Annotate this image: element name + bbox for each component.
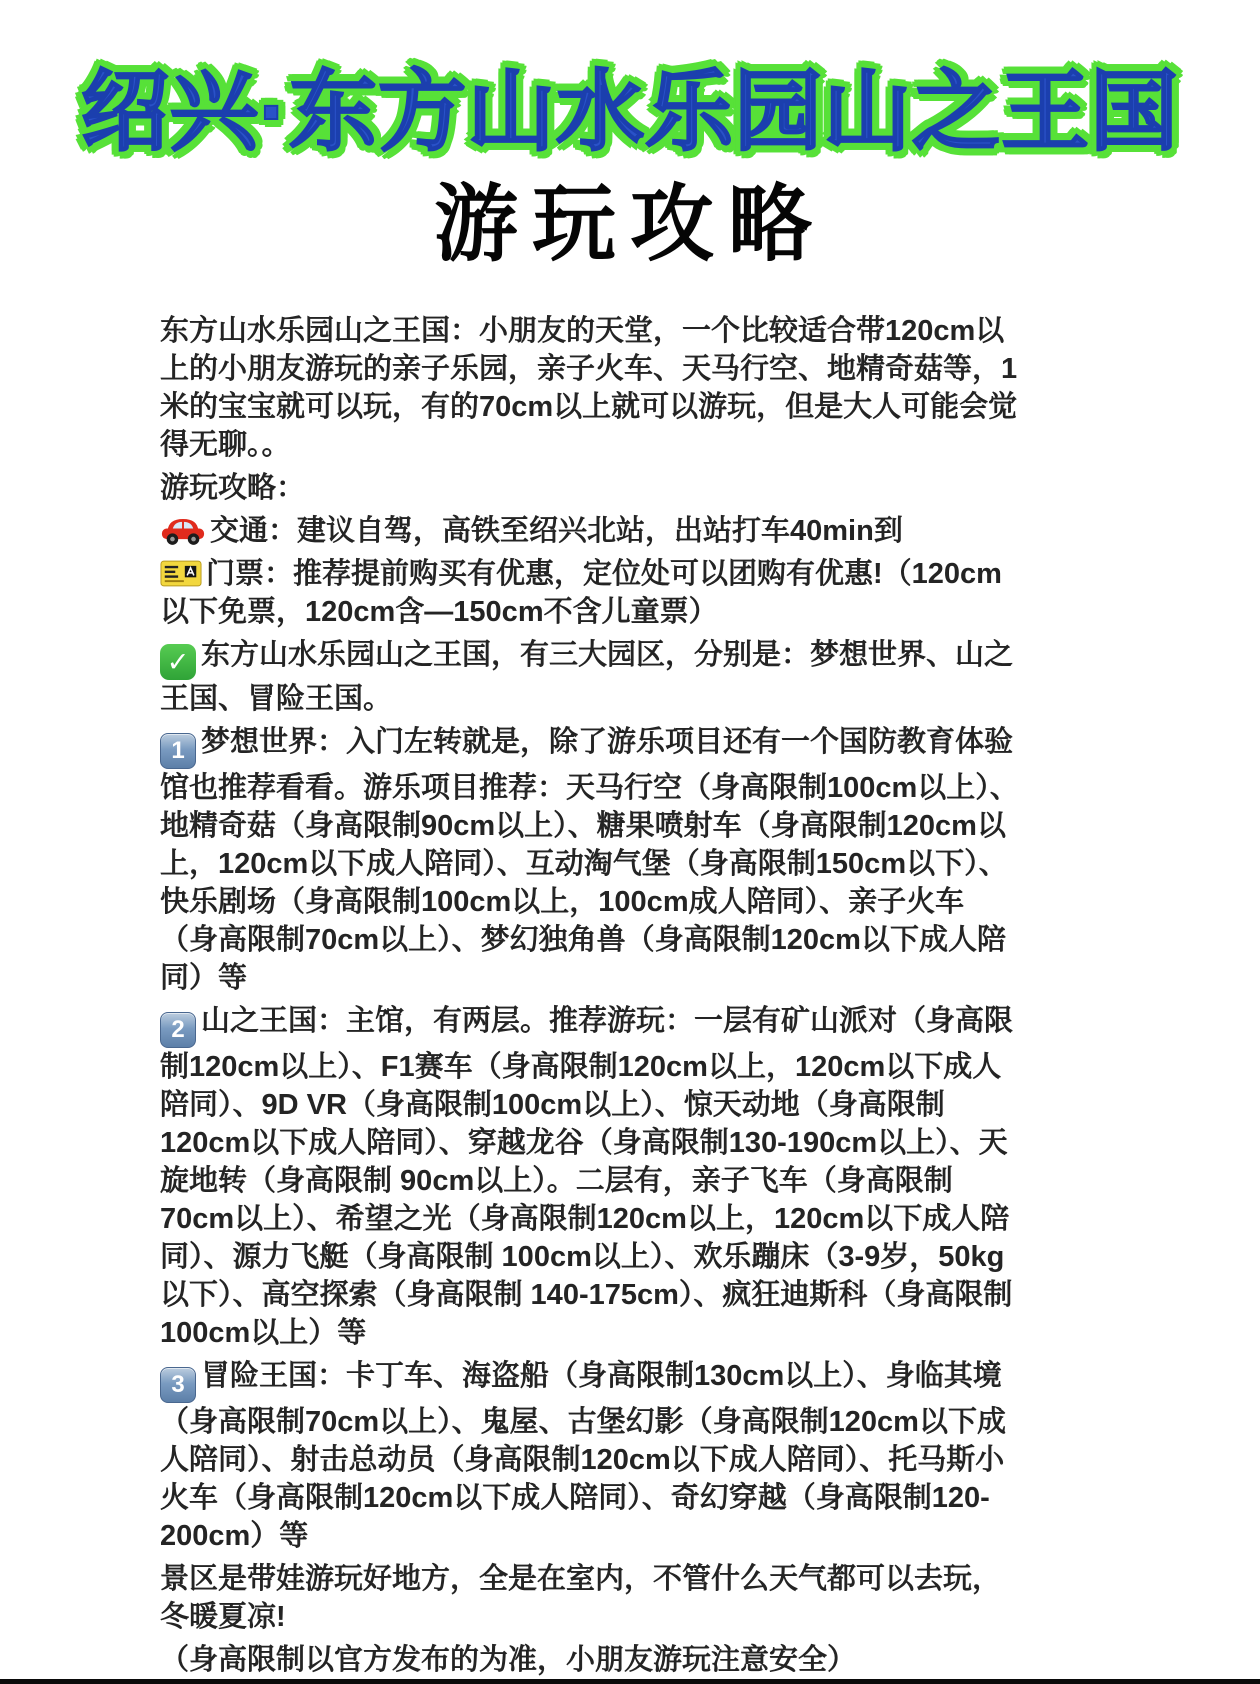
section-heading-paragraph: 游玩攻略：	[160, 469, 1022, 507]
car-icon	[160, 513, 206, 546]
keycap-digit-two-icon: 2	[160, 1012, 196, 1048]
zone-2-paragraph: 2山之王国：主馆，有两层。推荐游玩：一层有矿山派对（身高限制120cm以上）、F…	[160, 1002, 1022, 1352]
paragraph-text: 门票：推荐提前购买有优惠，定位处可以团购有优惠!（120cm以下免票，120cm…	[160, 558, 1002, 628]
paragraph-text: 东方山水乐园山之王国：小朋友的天堂，一个比较适合带120cm以上的小朋友游玩的亲…	[160, 315, 1017, 461]
disclaimer-paragraph: （身高限制以官方发布的为准，小朋友游玩注意安全）	[160, 1641, 1022, 1679]
transport-paragraph: 交通：建议自驾，高铁至绍兴北站，出站打车40min到	[160, 512, 1022, 550]
bottom-edge-bar	[0, 1679, 1260, 1684]
zone-1-paragraph: 1梦想世界：入门左转就是，除了游乐项目还有一个国防教育体验馆也推荐看看。游乐项目…	[160, 723, 1022, 997]
ticket-icon	[160, 558, 202, 589]
guide-body: 东方山水乐园山之王国：小朋友的天堂，一个比较适合带120cm以上的小朋友游玩的亲…	[160, 312, 1022, 1679]
paragraph-text: 东方山水乐园山之王国，有三大园区，分别是：梦想世界、山之王国、冒险王国。	[160, 639, 1013, 715]
check-mark-icon: ✓	[160, 644, 196, 680]
guide-poster: 绍兴·东方山水乐园山之王国 游玩攻略 东方山水乐园山之王国：小朋友的天堂，一个比…	[0, 0, 1260, 1684]
paragraph-text: （身高限制以官方发布的为准，小朋友游玩注意安全）	[160, 1644, 856, 1676]
intro-paragraph: 东方山水乐园山之王国：小朋友的天堂，一个比较适合带120cm以上的小朋友游玩的亲…	[160, 312, 1022, 464]
paragraph-text: 山之王国：主馆，有两层。推荐游玩：一层有矿山派对（身高限制120cm以上）、F1…	[160, 1005, 1013, 1349]
paragraph-text: 游玩攻略：	[160, 472, 305, 504]
paragraph-text: 交通：建议自驾，高铁至绍兴北站，出站打车40min到	[210, 515, 903, 547]
ticket-paragraph: 门票：推荐提前购买有优惠，定位处可以团购有优惠!（120cm以下免票，120cm…	[160, 555, 1022, 631]
zones-overview-paragraph: ✓东方山水乐园山之王国，有三大园区，分别是：梦想世界、山之王国、冒险王国。	[160, 636, 1022, 718]
poster-title: 绍兴·东方山水乐园山之王国	[0, 60, 1260, 164]
keycap-digit-one-icon: 1	[160, 733, 196, 769]
keycap-digit-three-icon: 3	[160, 1367, 196, 1403]
paragraph-text: 梦想世界：入门左转就是，除了游乐项目还有一个国防教育体验馆也推荐看看。游乐项目推…	[160, 726, 1019, 994]
paragraph-text: 景区是带娃游玩好地方，全是在室内，不管什么天气都可以去玩，冬暖夏凉!	[160, 1563, 1001, 1633]
closing-paragraph: 景区是带娃游玩好地方，全是在室内，不管什么天气都可以去玩，冬暖夏凉!	[160, 1560, 1022, 1636]
zone-3-paragraph: 3冒险王国：卡丁车、海盗船（身高限制130cm以上）、身临其境（身高限制70cm…	[160, 1357, 1022, 1555]
paragraph-text: 冒险王国：卡丁车、海盗船（身高限制130cm以上）、身临其境（身高限制70cm以…	[160, 1360, 1006, 1552]
title-block: 绍兴·东方山水乐园山之王国 游玩攻略	[0, 60, 1260, 270]
poster-subtitle: 游玩攻略	[0, 178, 1260, 270]
